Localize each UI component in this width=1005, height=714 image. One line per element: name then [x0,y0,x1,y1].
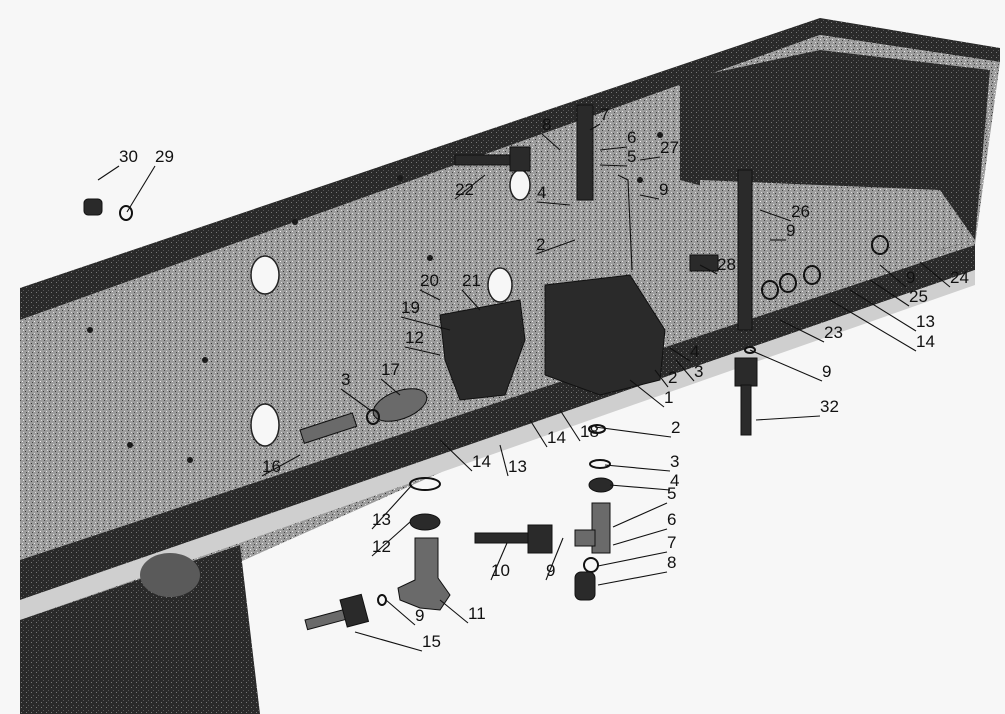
callout-label: 26 [791,202,810,221]
leader-line [598,552,667,566]
callout-label: 2 [671,418,680,437]
callout-15: 15 [355,632,441,651]
plug-15 [305,610,346,630]
leader-line [440,600,468,623]
callout-label: 9 [786,221,795,240]
callout-label: 9 [415,606,424,625]
callout-label: 3 [670,452,679,471]
callout-label: 9 [822,362,831,381]
callout-label: 13 [372,510,391,529]
callout-label: 20 [420,271,439,290]
callout-label: 9 [659,180,668,199]
callout-label: 2 [536,235,545,254]
callout-label: 3 [341,370,350,389]
callout-label: 12 [372,537,391,556]
callout-label: 25 [909,287,928,306]
callout-label: 7 [600,105,609,124]
callout-label: 12 [405,328,424,347]
callout-label: 23 [824,323,843,342]
tee-upper [577,105,593,200]
callout-label: 4 [537,183,546,202]
leader-line [598,572,667,585]
callout-label: 5 [667,484,676,503]
callout-label: 6 [627,128,636,147]
callout-label: 30 [119,147,138,166]
callout-label: 3 [694,362,703,381]
leader-line [98,166,119,180]
callout-label: 32 [820,397,839,416]
callout-32: 32 [756,397,839,420]
callout-label: 21 [462,271,481,290]
callout-label: 2 [668,368,677,387]
nut-30 [84,199,102,215]
leader-line [750,350,822,381]
cap-8 [575,572,595,600]
callout-label: 28 [717,255,736,274]
callout-label: 14 [916,332,935,351]
stud-32 [741,385,751,435]
callout-label: 14 [472,452,491,471]
callout-label: 11 [468,604,486,623]
callout-label: 15 [422,632,441,651]
callout-label: 9 [906,268,915,287]
callout-30: 30 [98,147,138,180]
callout-label: 10 [491,561,510,580]
callout-label: 4 [690,342,699,361]
nut-12 [410,514,440,530]
callout-label: 18 [580,422,599,441]
elbow-11 [398,538,450,610]
ring-7 [584,558,598,572]
callout-label: 19 [401,298,420,317]
callout-label: 9 [546,561,555,580]
callout-3: 3 [605,452,679,471]
callout-label: 29 [155,147,174,166]
leader-line [355,632,422,651]
callout-10: 10 [491,543,510,580]
o-ring-9 [378,595,386,605]
frame-rail-drawing: 3029876527224922692892425131423202119121… [0,0,1005,714]
callout-label: 16 [262,457,281,476]
leader-line [605,465,670,471]
callout-label: 14 [547,428,566,447]
callout-label: 5 [627,147,636,166]
callout-label: 24 [950,268,969,287]
leader-line [613,503,667,527]
vertical-tube-23 [738,170,752,330]
callout-11: 11 [440,600,486,623]
leader-line [127,166,155,212]
bolt-10-head [528,525,552,553]
callout-label: 22 [455,180,474,199]
leader-line [613,529,667,545]
bolt-10 [475,533,530,543]
plug-15-head [340,594,368,627]
callout-label: 17 [381,360,400,379]
fitting-6 [575,530,595,546]
callout-label: 8 [542,115,551,134]
callout-label: 1 [664,388,673,407]
callout-label: 13 [508,457,527,476]
bolt-22-head [510,147,530,171]
leader-line [756,416,820,420]
callout-label: 27 [660,138,679,157]
stud-32-head [735,358,757,386]
leader-line [610,485,670,490]
parts-diagram: 3029876527224922692892425131423202119121… [0,0,1005,714]
callout-label: 7 [667,533,676,552]
washer-29 [120,206,132,220]
callout-2: 2 [595,418,680,437]
washer-3 [590,460,610,468]
nut-4 [589,478,613,492]
callout-label: 13 [916,312,935,331]
callout-label: 8 [667,553,676,572]
leader-line [595,427,671,437]
callout-label: 6 [667,510,676,529]
